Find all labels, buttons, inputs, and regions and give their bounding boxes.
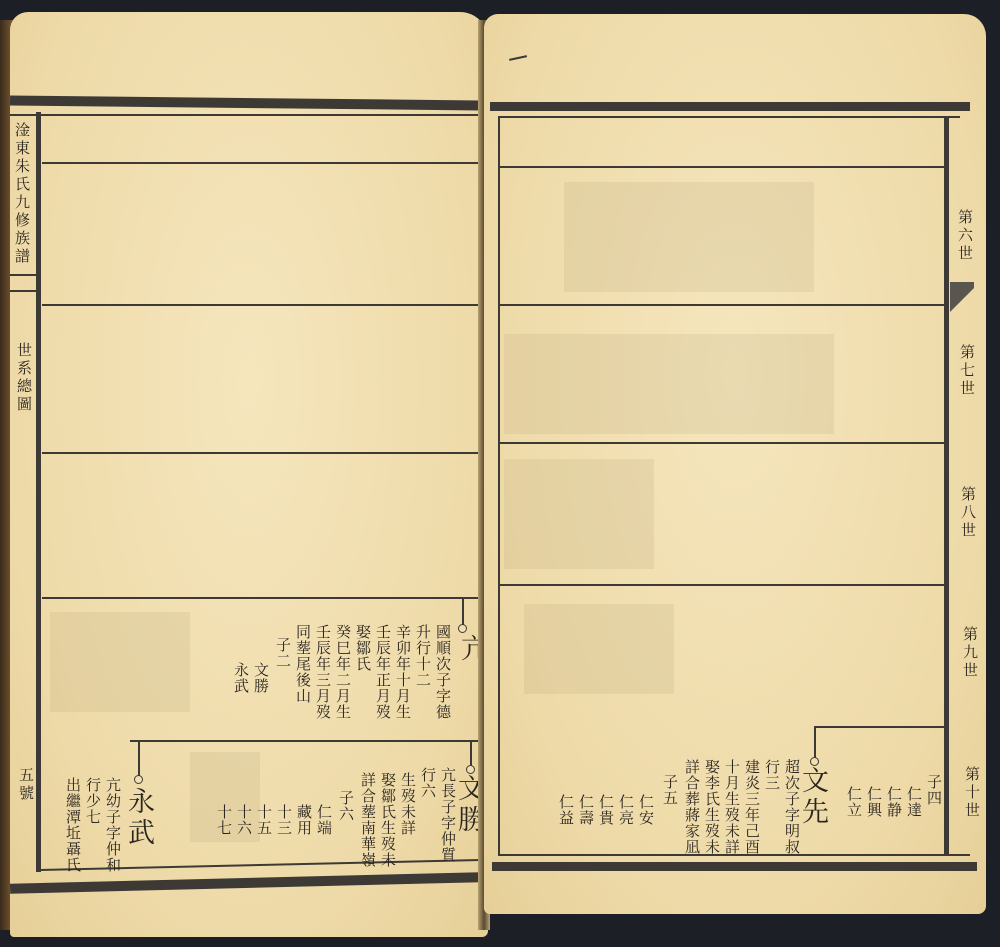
bio-line: 出繼潭坵聶氏 bbox=[65, 777, 80, 873]
generation-row-line bbox=[42, 452, 480, 454]
generation-label: 第九世 bbox=[962, 626, 977, 680]
child-name: 仁益 bbox=[558, 794, 573, 826]
children-count: 子五 bbox=[662, 774, 677, 806]
bio-line: 行少七 bbox=[85, 777, 100, 825]
generation-row-line bbox=[42, 162, 480, 164]
bio-line: 詳合葬蔣家凪 bbox=[684, 759, 699, 855]
bio-line: 超次子字明叔 bbox=[784, 759, 799, 855]
top-border bbox=[490, 102, 970, 111]
child-name: 十七 bbox=[216, 804, 231, 836]
section-title: 世系總圖 bbox=[16, 342, 31, 414]
generation-label: 第七世 bbox=[959, 344, 974, 398]
lineage-node bbox=[466, 765, 475, 774]
generation-label: 第六世 bbox=[957, 209, 972, 263]
bio-line: 十月生歿未詳 bbox=[724, 759, 739, 855]
child-name: 仁端 bbox=[316, 804, 331, 836]
lineage-line bbox=[814, 726, 816, 758]
child-name: 仁貴 bbox=[598, 794, 613, 826]
lineage-line bbox=[138, 740, 140, 776]
child-name: 仁壽 bbox=[578, 794, 593, 826]
inner-rule bbox=[498, 116, 500, 856]
generation-row-line bbox=[814, 726, 944, 728]
bio-line: 行三 bbox=[764, 759, 779, 791]
left-page: 淦東朱氏九修族譜 世系總圖 五號 亢 國順次子字德 升行十二 辛卯年十月生 壬辰… bbox=[10, 12, 488, 937]
children-count: 子二 bbox=[275, 637, 290, 669]
person-name: 永武 bbox=[125, 787, 152, 849]
bio-line: 升行十二 bbox=[415, 624, 430, 688]
margin-rule bbox=[944, 118, 949, 856]
top-rule bbox=[10, 114, 480, 116]
bio-line: 娶鄒氏 bbox=[355, 624, 370, 672]
bio-line: 亢幼子字仲和 bbox=[105, 777, 120, 873]
child-name: 文勝 bbox=[253, 662, 268, 694]
lineage-node bbox=[458, 624, 467, 633]
generation-label: 第十世 bbox=[964, 766, 979, 820]
children-count: 子四 bbox=[926, 774, 941, 806]
margin-rule bbox=[36, 112, 41, 872]
book-title: 淦東朱氏九修族譜 bbox=[14, 122, 29, 266]
bottom-border bbox=[10, 872, 480, 893]
bio-line: 壬辰年正月歿 bbox=[375, 624, 390, 720]
bio-line: 行六 bbox=[420, 767, 435, 799]
right-page: 第六世 第七世 第八世 第九世 第十世 文先 超次子字明叔 行三 建炎三年己酉 … bbox=[484, 14, 986, 914]
top-rule bbox=[498, 116, 960, 118]
bio-line: 辛卯年十月生 bbox=[395, 624, 410, 720]
margin-divider bbox=[10, 290, 36, 292]
bio-line: 建炎三年己酉 bbox=[744, 759, 759, 855]
generation-row-line bbox=[42, 304, 480, 306]
lineage-line bbox=[462, 597, 464, 625]
lineage-node bbox=[810, 757, 819, 766]
bio-line: 生歿未詳 bbox=[400, 772, 415, 836]
page-number: 五號 bbox=[18, 767, 33, 803]
child-name: 永武 bbox=[233, 662, 248, 694]
person-name: 文先 bbox=[799, 766, 826, 828]
bio-line: 詳合塟南華嶺 bbox=[360, 772, 375, 868]
generation-row-line bbox=[42, 597, 480, 599]
lineage-node bbox=[134, 775, 143, 784]
bio-line: 壬辰年三月歿 bbox=[315, 624, 330, 720]
child-name: 仁安 bbox=[638, 794, 653, 826]
generation-row-line bbox=[500, 442, 944, 444]
generation-row-line bbox=[500, 166, 944, 168]
bottom-border bbox=[492, 862, 977, 871]
generation-label: 第八世 bbox=[960, 486, 975, 540]
bio-line: 娶鄒氏生歿未 bbox=[380, 772, 395, 868]
child-name: 仁立 bbox=[846, 786, 861, 818]
child-name: 藏用 bbox=[296, 804, 311, 836]
child-name: 十三 bbox=[276, 804, 291, 836]
generation-row-line bbox=[500, 584, 944, 586]
child-name: 十六 bbox=[236, 804, 251, 836]
children-count: 子六 bbox=[338, 790, 353, 822]
generation-row-line bbox=[500, 304, 944, 306]
generation-row-line bbox=[130, 740, 480, 742]
margin-divider bbox=[10, 274, 36, 276]
bio-line: 癸巳年二月生 bbox=[335, 624, 350, 720]
top-border bbox=[10, 96, 480, 111]
lineage-line bbox=[470, 740, 472, 766]
bio-line: 娶李氏生歿未 bbox=[704, 759, 719, 855]
child-name: 仁興 bbox=[866, 786, 881, 818]
margin-fishtail-mark bbox=[950, 282, 974, 312]
child-name: 仁達 bbox=[906, 786, 921, 818]
bio-line: 亢長子字仲質 bbox=[440, 767, 455, 863]
bio-line: 同塟尾後山 bbox=[295, 624, 310, 704]
child-name: 十五 bbox=[256, 804, 271, 836]
child-name: 仁静 bbox=[886, 786, 901, 818]
child-name: 仁亮 bbox=[618, 794, 633, 826]
bio-line: 國順次子字德 bbox=[435, 624, 450, 720]
